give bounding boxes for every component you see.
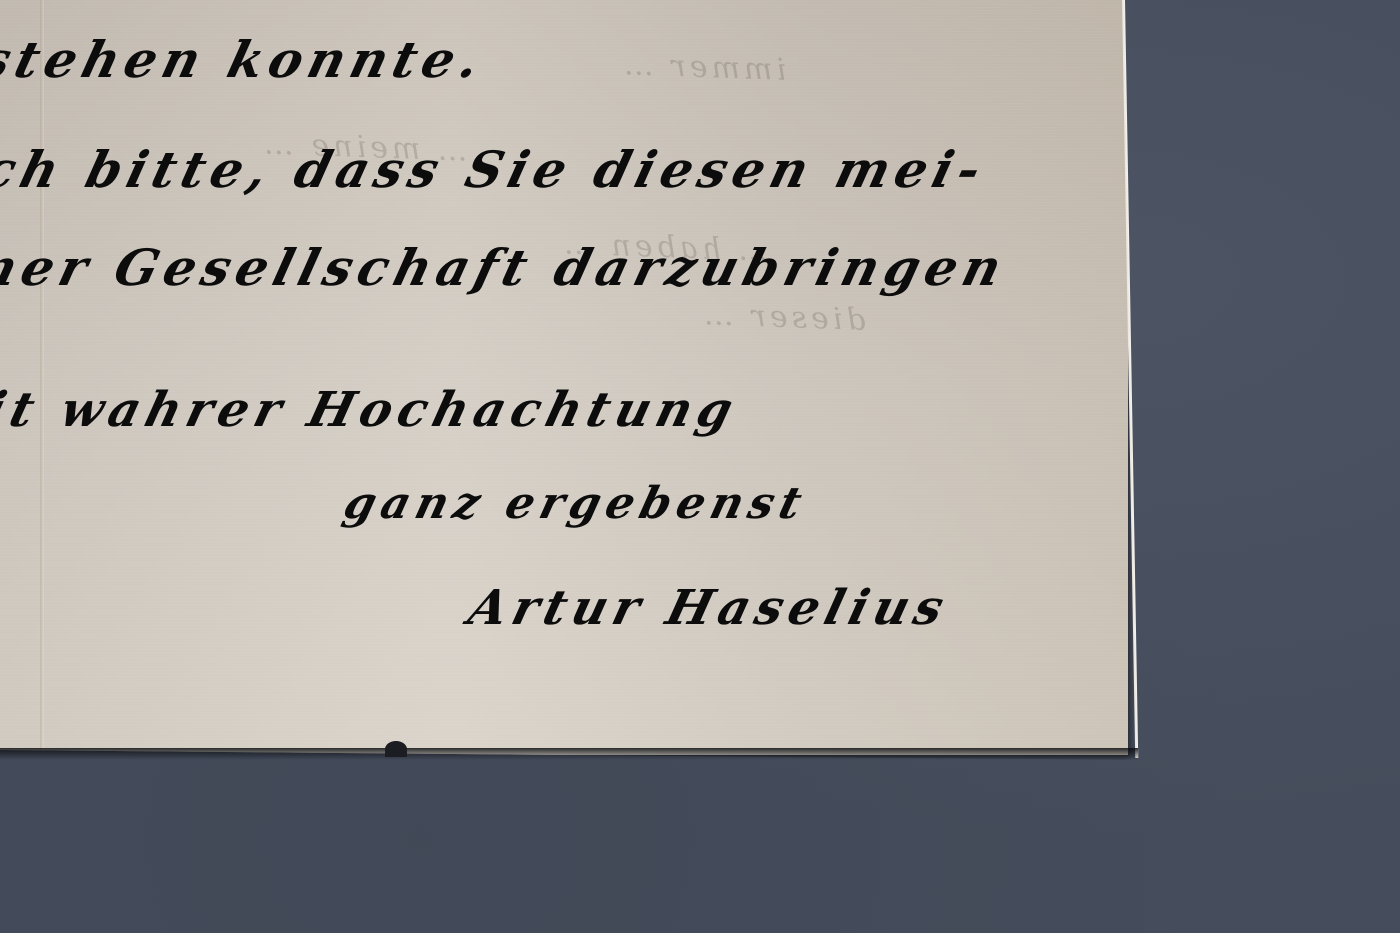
show-through-text: dieser … [699,297,866,338]
letter-signature: Artur Haselius [463,580,955,636]
letter-line-4: mit wahrer Hochachtung [0,382,744,438]
paper-bottom-shadow [0,748,1138,760]
show-through-text: immer … [619,47,786,88]
letter-line-2: ich bitte, dass Sie diesen mei- [0,140,993,199]
letter-line-1: stehen konnte. [0,30,491,89]
letter-line-3: ner Gesellschaft darzubringen [0,238,1013,297]
paper-tear-notch [385,741,407,757]
paper-fold-crease [40,0,44,750]
letter-closing: ganz ergebenst [339,478,813,529]
letter-paper: immer … … meine … … haben … dieser … ste… [0,0,1128,755]
